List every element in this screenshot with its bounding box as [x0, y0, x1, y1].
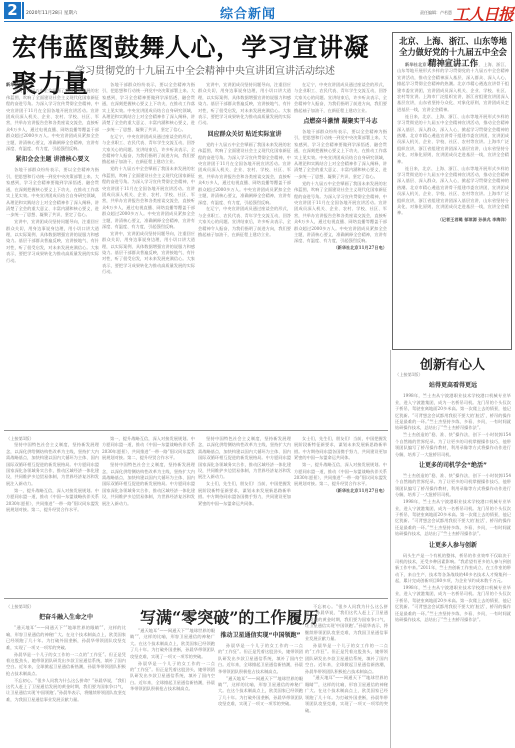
sidebar-signature: （记者王君璐 郁琼源 孙保兆 李海洋） [397, 217, 509, 223]
continued-article-col-1: （上接第1版） 坚持中国特色社会主义制度，坚持新发展理念，以深化供给侧结构性改革… [6, 436, 99, 596]
feature-subhead: 站得更高看得更远 [395, 382, 511, 390]
editor-credit: 责任编辑：卢若愚 [420, 10, 452, 16]
bottom-headline: 写满“零突破”的工作履历 [140, 605, 318, 628]
continued-signature: （新华社北京11月27日电） [294, 488, 387, 494]
bottom-article-col-2: “通天地耳”——网通天下“”地球世界的眼睛“”，这样的比喻，形容卫星通信的神秘广… [130, 628, 215, 746]
bottom-article-col-1: （上接第1版） 把奋斗融入生命之中 “通天地耳”——网通天下“”地球世界的眼睛“… [6, 604, 126, 746]
section-subhead: 点燃奋斗激情 凝聚实干斗志 [294, 118, 387, 126]
main-article-col-2: 各地干部群众纷纷表示，要以全会精神为指引，把思想和行动统一到党中央决策部署上来。… [102, 82, 195, 427]
page-number: 2 [4, 2, 21, 19]
bottom-continued: （上接第1版） [6, 604, 126, 610]
main-article-col-4: 在辽宁，中央宣讲团成员通过座谈会的形式，与企业职工、农民代表、青年学生交流互动，… [294, 82, 387, 427]
column-divider [390, 350, 391, 748]
header-rule [4, 21, 511, 22]
section-subhead: 紧扣会会主题 讲清核心要义 [6, 156, 99, 164]
page-header: 2 2020年11月28日 星期六 综合新闻 责任编辑：卢若愚 工人日报 [0, 0, 515, 20]
section-divider [4, 598, 388, 599]
bottom-article-col-4: 不忘初心。“很多人问我为什么这么拼命？”孙晨华说，“我们这代人赶上了卫星通信发展… [305, 604, 388, 746]
page-number-bar [22, 2, 24, 19]
bottom-subhead-right: 推动卫星通信实现“中国领跑” [218, 632, 303, 640]
continued-article-col-4: 女士们，先生们，朋友们！当前，中国把握发展阶段新特征新要求，谋划未来发展新思路新… [294, 436, 387, 596]
feature-subhead: 让更多人参与创新 [395, 542, 511, 550]
sidebar-dateline: 新华社北京11月27日电 [405, 62, 451, 67]
section-divider [4, 430, 388, 431]
continued-article-col-2: 第一，提升战略互信，深入对接发展规划。中方愿同东盟一道，推动《中国—东盟战略伙伴… [102, 436, 195, 596]
issue-date: 2020年11月28日 星期六 [26, 10, 77, 16]
continued-article-col-3: 坚持中国特色社会主义制度，坚持新发展理念，以深化供给侧结构性改革为主线，坚持扩大… [198, 436, 291, 596]
main-article-col-3: 宣讲中，宣讲团成员坚持问题导向，注重回应群众关切，用身边事说身边理，用小切口讲大… [198, 82, 291, 427]
main-article-col-1: 新华社记者 党的十九届五中全会擘画了我国未来发展的宏伟蓝图，吹响了全面建设社会主… [6, 82, 99, 427]
sidebar-box-body: 新华社北京11月27日电 连日来，北京、上海、浙江、山东等地开展形式多样的学习贯… [397, 62, 509, 346]
feature-body: （上接第1版） 站得更高看得更远 1998年，竺士杰从宁波港职业技术学校港口机械… [395, 372, 511, 746]
feature-continued: （上接第1版） [395, 372, 511, 378]
feature-title: 创新有心人 [390, 354, 515, 373]
bottom-article-col-3: 推动卫星通信实现“中国领跑” 孙晨华是一个儿子的女工作的一二点的“工作狂”。但正… [218, 628, 303, 746]
section-subhead: 回应群众关切 贴近实际宣讲 [198, 131, 291, 139]
article-signature: （新华社北京11月27日电） [294, 245, 387, 251]
section-title: 综合新闻 [220, 3, 276, 22]
bottom-subhead-left: 把奋斗融入生命之中 [6, 614, 126, 622]
main-subheadline: ——学习贯彻党的十九届五中全会精神中央宣讲团宣讲活动综述 [55, 62, 335, 77]
feature-subhead: 让更多的司机学会“绝活” [395, 462, 511, 470]
